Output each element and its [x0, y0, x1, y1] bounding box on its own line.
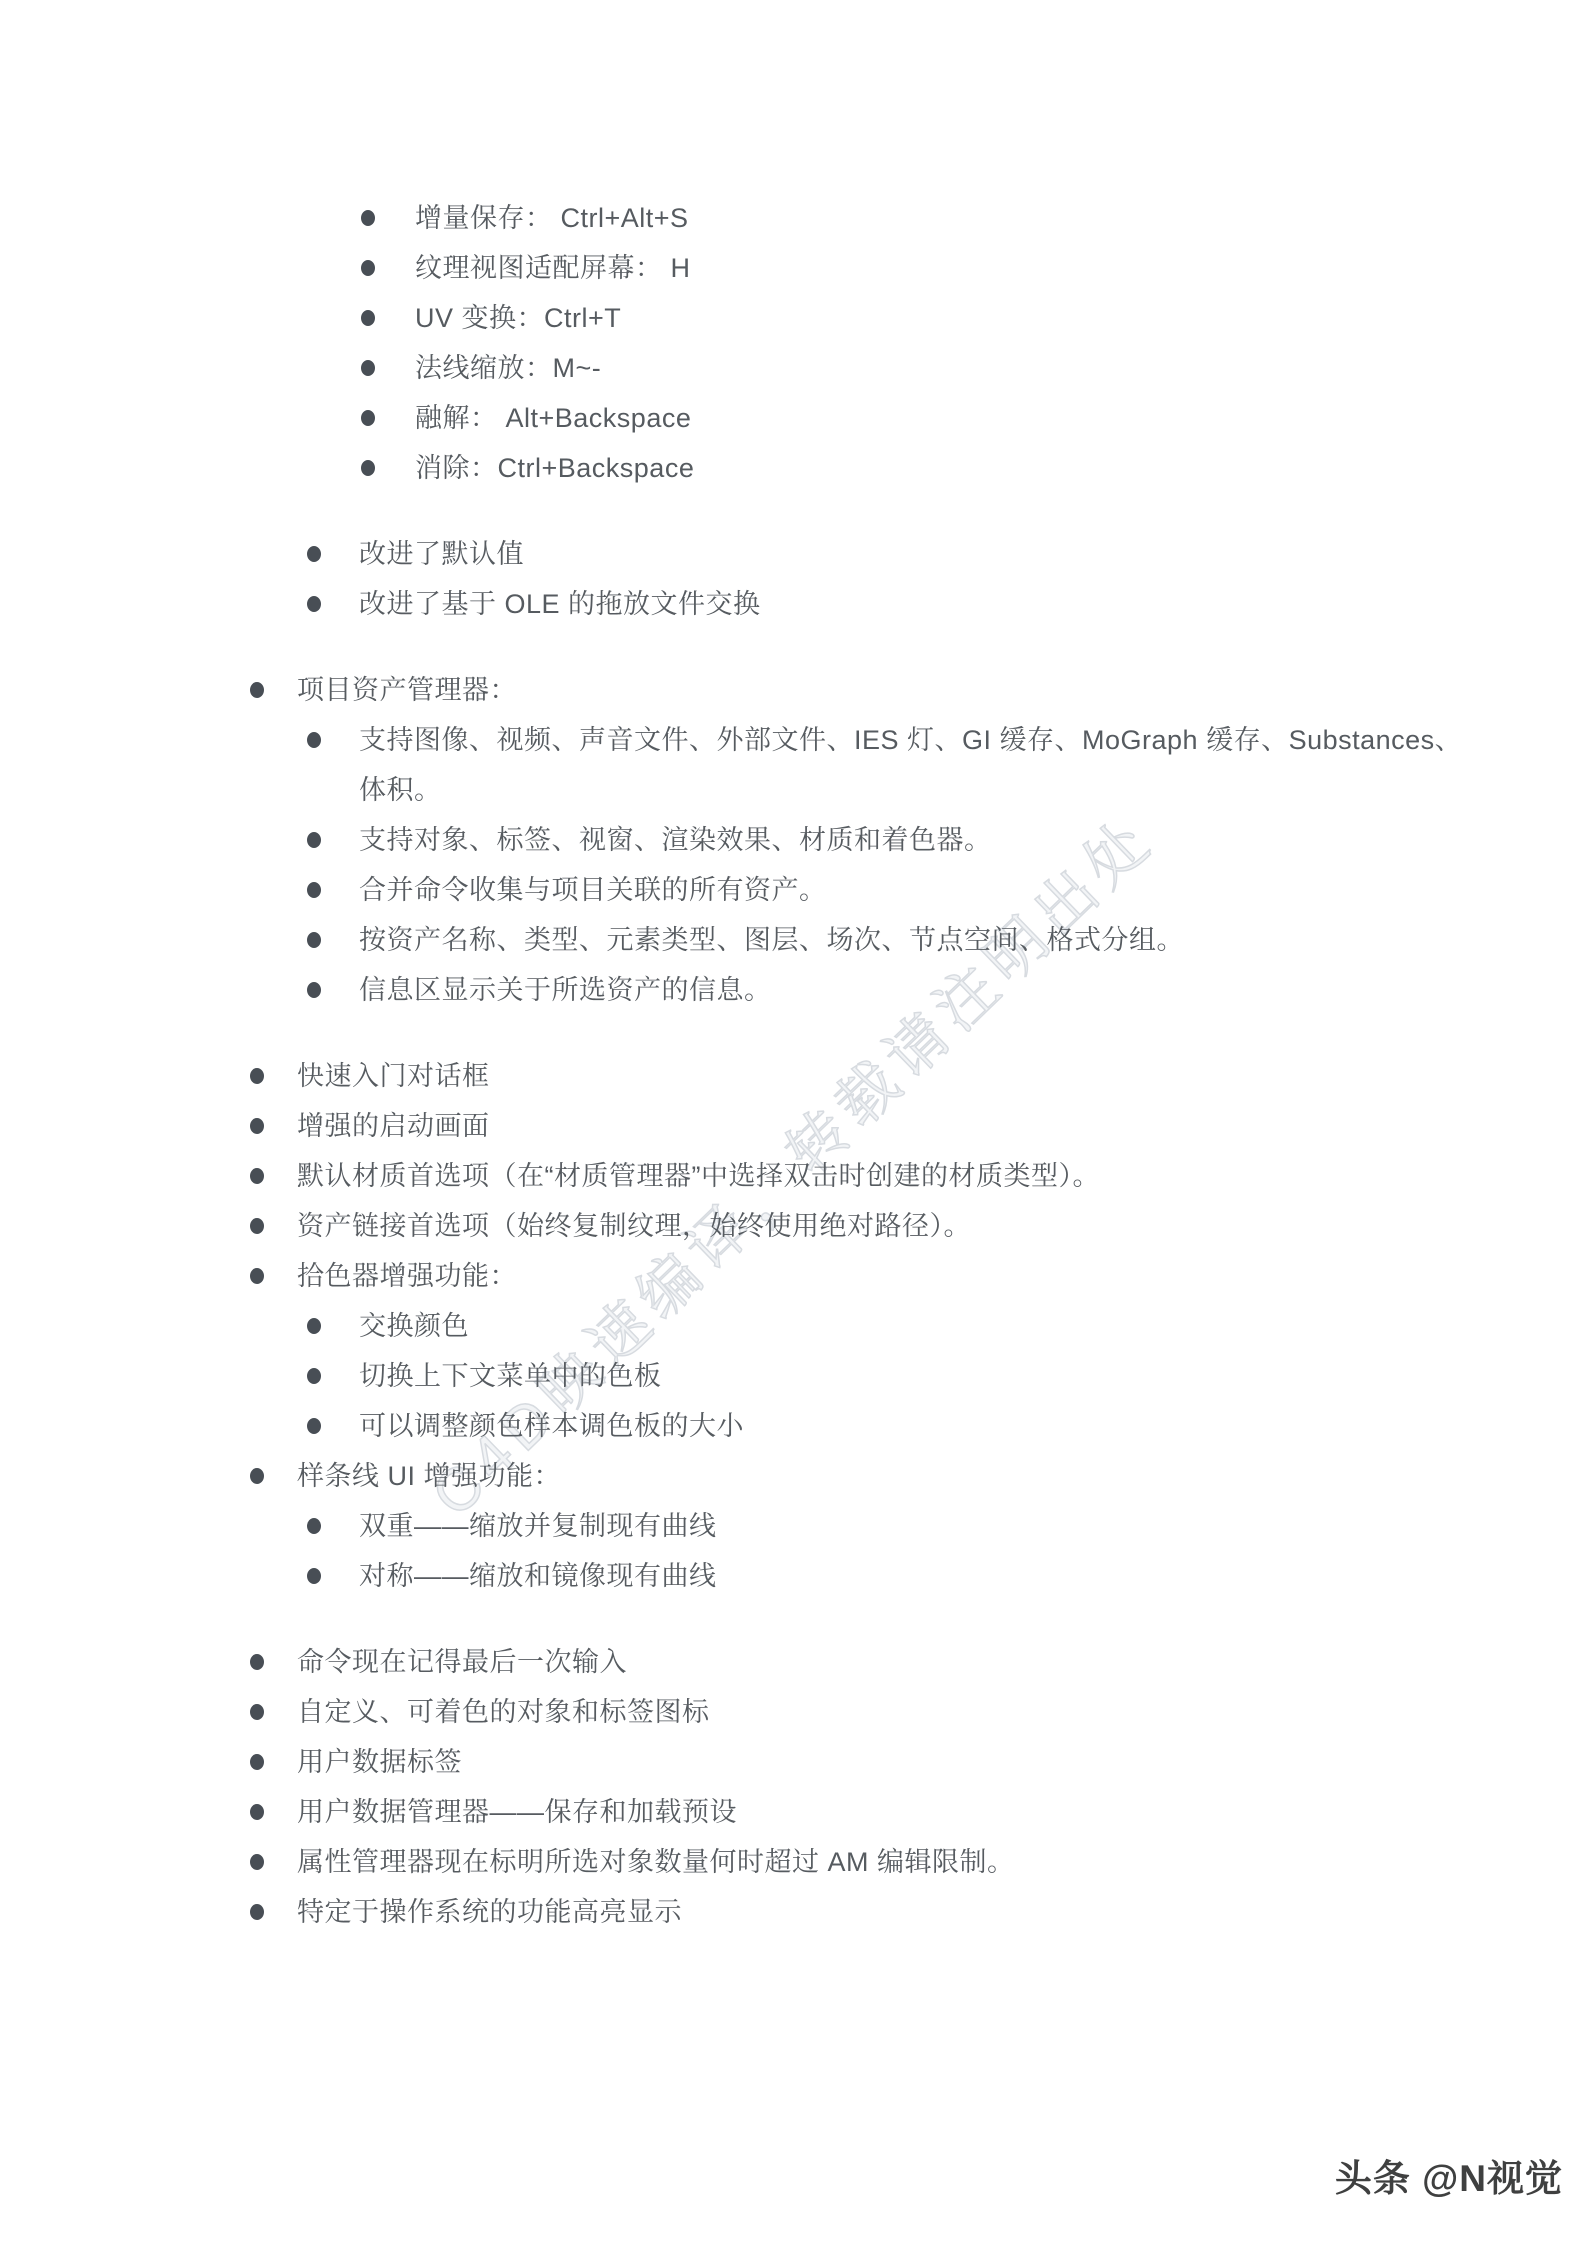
bullet-icon [250, 1904, 264, 1920]
bullet-icon [307, 1318, 321, 1334]
toutiao-brand-watermark: 头条 @N视觉 [1335, 2148, 1563, 2202]
bullet-icon [307, 1568, 321, 1584]
list-item-line: 体积。 [359, 765, 1462, 815]
bullet-icon [307, 732, 321, 748]
list-item: 命令现在记得最后一次输入 [250, 1637, 1587, 1687]
list-item: 改进了基于 OLE 的拖放文件交换 [307, 579, 1587, 629]
list-item: 资产链接首选项（始终复制纹理，始终使用绝对路径）。 [250, 1201, 1587, 1251]
bullet-icon [250, 1654, 264, 1670]
bullet-icon [361, 310, 375, 326]
bullet-icon [250, 1168, 264, 1184]
bullet-icon [250, 1468, 264, 1484]
list-item: 特定于操作系统的功能高亮显示 [250, 1887, 1587, 1937]
list-item: 样条线 UI 增强功能： [250, 1451, 1587, 1501]
bullet-icon [361, 210, 375, 226]
list-item: 按资产名称、类型、元素类型、图层、场次、节点空间、格式分组。 [307, 915, 1587, 965]
document-body: 增量保存： Ctrl+Alt+S 纹理视图适配屏幕： H UV 变换：Ctrl+… [0, 0, 1587, 1937]
bullet-icon [361, 260, 375, 276]
bullet-icon [250, 1754, 264, 1770]
bullet-icon [250, 1068, 264, 1084]
bullet-icon [361, 460, 375, 476]
bullet-icon [307, 596, 321, 612]
list-item: 切换上下文菜单中的色板 [307, 1351, 1587, 1401]
list-item: 改进了默认值 [307, 529, 1587, 579]
list-item: 用户数据管理器——保存和加载预设 [250, 1787, 1587, 1837]
bullet-icon [250, 1804, 264, 1820]
list-item: 融解： Alt+Backspace [361, 393, 1587, 443]
bullet-icon [307, 832, 321, 848]
bullet-icon [250, 1268, 264, 1284]
list-item: 拾色器增强功能： [250, 1251, 1587, 1301]
list-item: 自定义、可着色的对象和标签图标 [250, 1687, 1587, 1737]
bullet-icon [307, 982, 321, 998]
bullet-icon [250, 1704, 264, 1720]
bullet-icon [361, 410, 375, 426]
list-item: 交换颜色 [307, 1301, 1587, 1351]
list-item: 增量保存： Ctrl+Alt+S [361, 193, 1587, 243]
list-item: 快速入门对话框 [250, 1051, 1587, 1101]
list-item: UV 变换：Ctrl+T [361, 293, 1587, 343]
list-item: 项目资产管理器： [250, 665, 1587, 715]
bullet-icon [307, 1368, 321, 1384]
list-item: 可以调整颜色样本调色板的大小 [307, 1401, 1587, 1451]
list-item: 支持对象、标签、视窗、渲染效果、材质和着色器。 [307, 815, 1587, 865]
bullet-icon [307, 882, 321, 898]
bullet-icon [361, 360, 375, 376]
list-item: 支持图像、视频、声音文件、外部文件、IES 灯、GI 缓存、MoGraph 缓存… [307, 715, 1587, 815]
list-item: 双重——缩放并复制现有曲线 [307, 1501, 1587, 1551]
bullet-icon [307, 1418, 321, 1434]
bullet-icon [250, 1118, 264, 1134]
bullet-icon [250, 1854, 264, 1870]
list-item: 默认材质首选项（在“材质管理器”中选择双击时创建的材质类型）。 [250, 1151, 1587, 1201]
bullet-icon [307, 1518, 321, 1534]
list-item: 用户数据标签 [250, 1737, 1587, 1787]
bullet-icon [307, 546, 321, 562]
list-item: 法线缩放：M~- [361, 343, 1587, 393]
list-item: 消除：Ctrl+Backspace [361, 443, 1587, 493]
bullet-icon [250, 1218, 264, 1234]
list-item: 纹理视图适配屏幕： H [361, 243, 1587, 293]
bullet-icon [307, 932, 321, 948]
list-item: 信息区显示关于所选资产的信息。 [307, 965, 1587, 1015]
list-item: 对称——缩放和镜像现有曲线 [307, 1551, 1587, 1601]
list-item: 属性管理器现在标明所选对象数量何时超过 AM 编辑限制。 [250, 1837, 1587, 1887]
list-item: 增强的启动画面 [250, 1101, 1587, 1151]
list-item-line: 支持图像、视频、声音文件、外部文件、IES 灯、GI 缓存、MoGraph 缓存… [359, 715, 1462, 765]
list-item: 合并命令收集与项目关联的所有资产。 [307, 865, 1587, 915]
bullet-icon [250, 682, 264, 698]
